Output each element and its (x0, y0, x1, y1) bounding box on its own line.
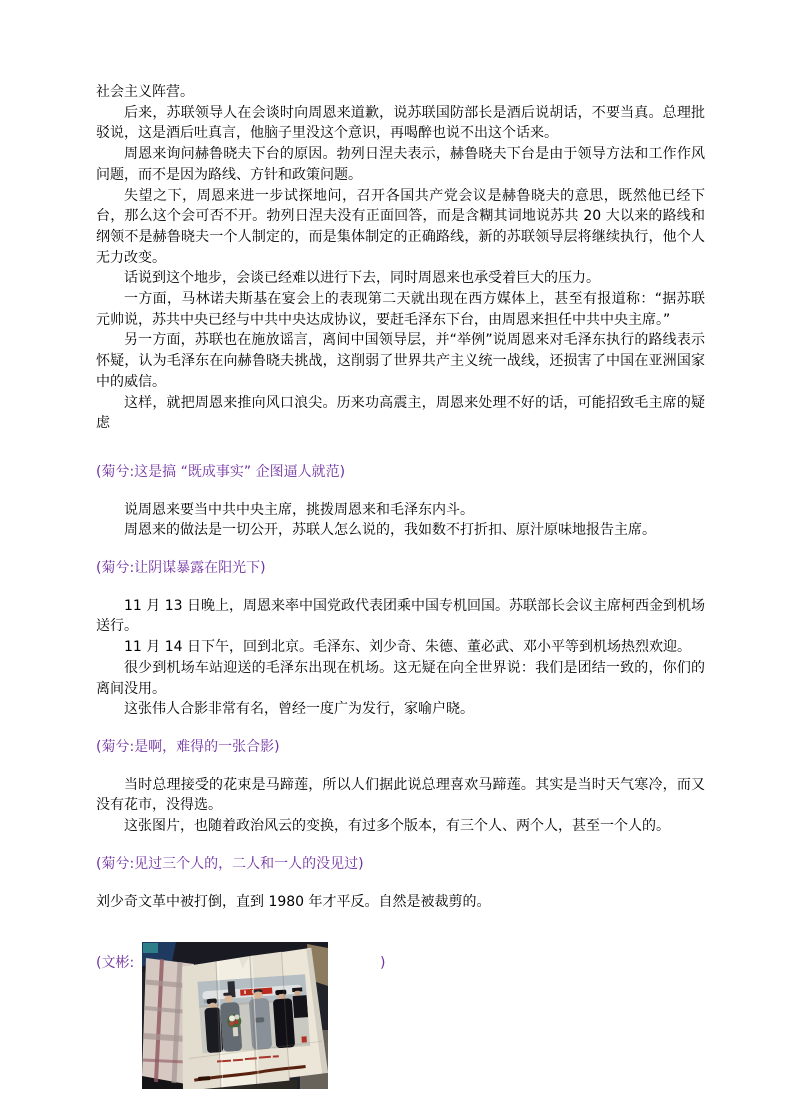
body-paragraph: 失望之下，周恩来进一步试探地问，召开各国共产党会议是赫鲁晓夫的意思，既然他已经下… (96, 186, 705, 269)
figure-row: (文彬: (96, 942, 705, 1089)
body-paragraph: 很少到机场车站迎送的毛泽东出现在机场。这无疑在向全世界说：我们是团结一致的，你们… (96, 658, 705, 699)
body-paragraph: 周恩来询问赫鲁晓夫下台的原因。勃列日涅夫表示，赫鲁晓夫下台是由于领导方法和工作作… (96, 144, 705, 185)
body-paragraph: 11 月 14 日下午，回到北京。毛泽东、刘少奇、朱德、董必武、邓小平等到机场热… (96, 637, 705, 658)
body-paragraph: 这样，就把周恩来推向风口浪尖。历来功高震主，周恩来处理不好的话，可能招致毛主席的… (96, 393, 705, 434)
body-paragraph: 社会主义阵营。 (96, 82, 705, 103)
annotation-note-juxi: (菊兮:这是搞 “既成事实” 企图逼人就范) (96, 462, 705, 483)
folded-poster (174, 947, 328, 1089)
body-paragraph: 一方面，马林诺夫斯基在宴会上的表现第二天就出现在西方媒体上，甚至有报道称：“据苏… (96, 289, 705, 330)
body-paragraph: 另一方面，苏联也在施放谣言，离间中国领导层，并“举例”说周恩来对毛泽东执行的路线… (96, 330, 705, 392)
body-paragraph: 这张图片，也随着政治风云的变换，有过多个版本，有三个人、两个人，甚至一个人的。 (96, 816, 705, 837)
annotation-note-juxi: (菊兮:让阴谋暴露在阳光下) (96, 558, 705, 579)
annotation-note-wenbin-close: ) (380, 953, 385, 973)
annotation-note-juxi: (菊兮:见过三个人的，二人和一人的没见过) (96, 854, 705, 875)
annotation-note-juxi: (菊兮:是啊，难得的一张合影) (96, 737, 705, 758)
body-paragraph: 周恩来的做法是一切公开，苏联人怎么说的，我如数不打折扣、原汁原味地报告主席。 (96, 520, 705, 541)
body-paragraph: 这张伟人合影非常有名，曾经一度广为发行，家喻户晓。 (96, 699, 705, 720)
document-page: 社会主义阵营。 后来，苏联领导人在会谈时向周恩来道歉，说苏联国防部长是酒后说胡话… (96, 82, 705, 1089)
body-paragraph: 11 月 13 日晚上，周恩来率中国党政代表团乘中国专机回国。苏联部长会议主席柯… (96, 596, 705, 637)
annotation-note-wenbin-open: (文彬: (96, 953, 134, 973)
embedded-photo-folded-poster (142, 942, 328, 1089)
red-seal (301, 1036, 306, 1042)
body-paragraph: 说周恩来要当中共中央主席，挑拨周恩来和毛泽东内斗。 (96, 500, 705, 521)
body-paragraph: 刘少奇文革中被打倒，直到 1980 年才平反。自然是被裁剪的。 (96, 892, 705, 913)
body-paragraph: 话说到这个地步，会谈已经难以进行下去，同时周恩来也承受着巨大的压力。 (96, 268, 705, 289)
body-paragraph: 后来，苏联领导人在会谈时向周恩来道歉，说苏联国防部长是酒后说胡话，不要当真。总理… (96, 103, 705, 144)
body-paragraph: 当时总理接受的花束是马蹄莲，所以人们据此说总理喜欢马蹄莲。其实是当时天气寒冷，而… (96, 775, 705, 816)
